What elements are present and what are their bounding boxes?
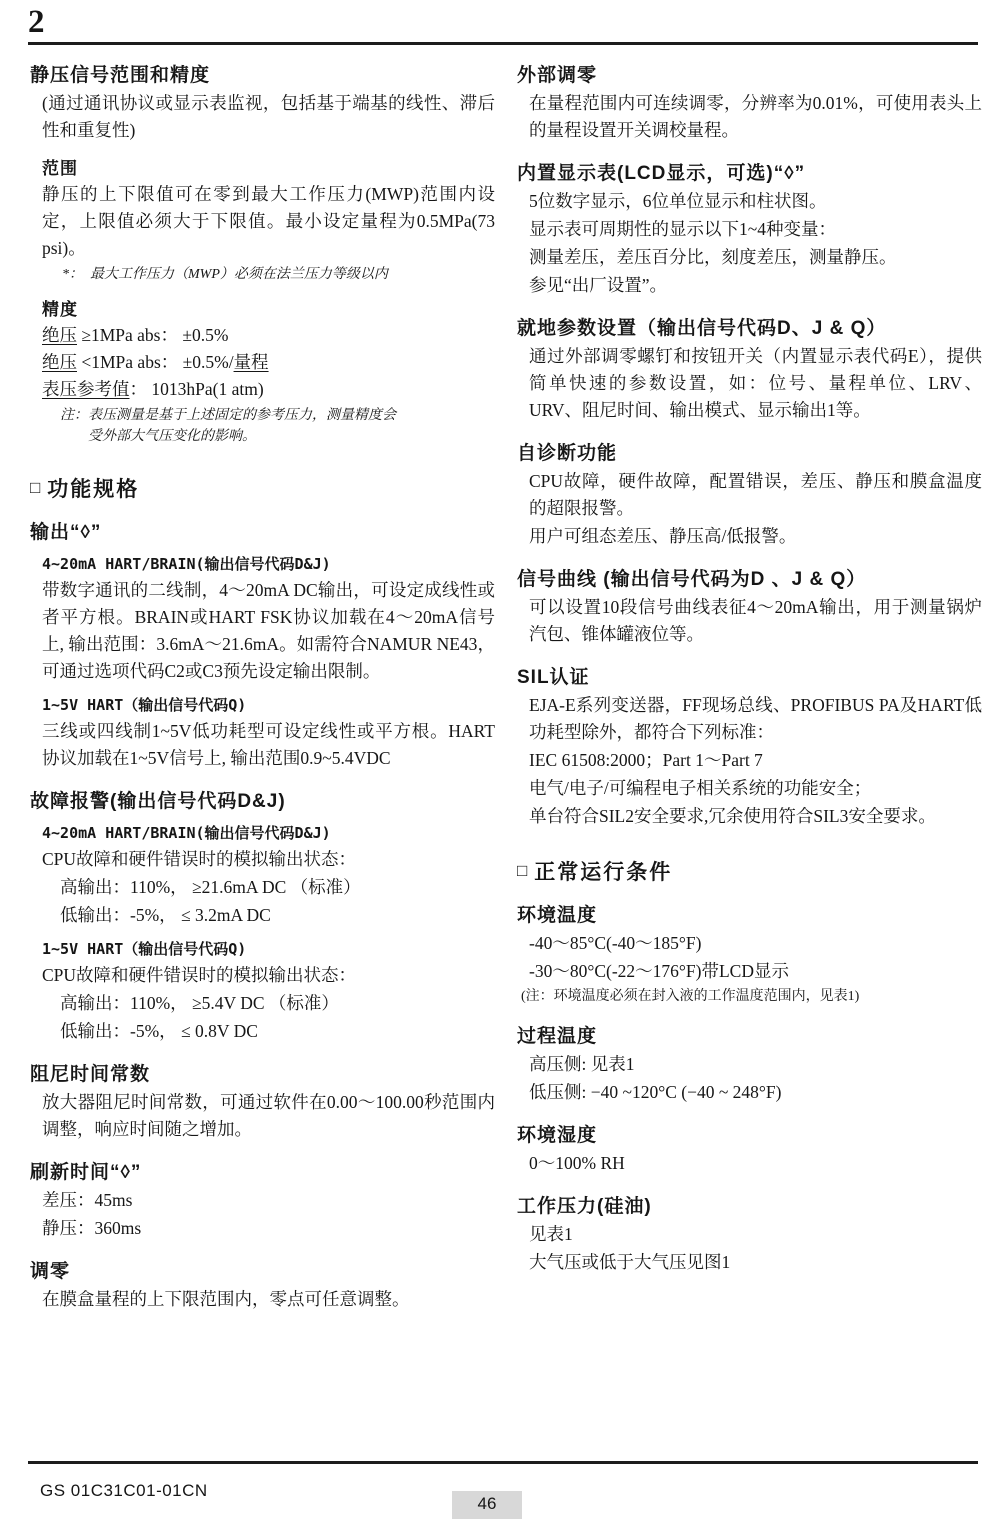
paragraph: 带数字通讯的二线制，4～20mA DC输出，可设定成线性或者平方根。BRAIN或…	[42, 577, 495, 685]
paragraph: 参见“出厂设置”。	[529, 272, 982, 299]
sub-heading: 范围	[42, 154, 495, 179]
column-left: 静压信号范围和精度(通过通讯协议或显示表监视，包括基于端基的线性、滞后性和重复性…	[30, 60, 495, 1314]
sub-heading: 1~5V HART（输出信号代码Q)	[42, 938, 495, 959]
sub-heading: 精度	[42, 295, 495, 320]
spec-line: 绝压 <1MPa abs： ±0.5%/量程	[42, 349, 495, 376]
paragraph: 静压：360ms	[42, 1215, 495, 1242]
paragraph: 放大器阻尼时间常数，可通过软件在0.00～100.00秒范围内调整，响应时间随之…	[42, 1089, 495, 1143]
paragraph: 静压的上下限值可在零到最大工作压力(MWP)范围内设定，上限值必须大于下限值。最…	[42, 181, 495, 262]
paragraph: 高压侧: 见表1	[529, 1051, 982, 1078]
heading: 环境温度	[517, 900, 982, 927]
heading: 外部调零	[517, 60, 982, 87]
note-line: 受外部大气压变化的影响。	[88, 426, 495, 447]
paragraph: 差压：45ms	[42, 1187, 495, 1214]
paragraph: 高输出：110%， ≥5.4V DC （标准）	[60, 990, 495, 1017]
paragraph: 三线或四线制1~5V低功耗型可设定线性或平方根。HART协议加载在1~5V信号上…	[42, 718, 495, 772]
checkbox-icon: □	[517, 861, 527, 881]
paragraph: 低压侧: −40 ~120°C (−40 ~ 248°F)	[529, 1079, 982, 1106]
heading: 阻尼时间常数	[30, 1059, 495, 1086]
section-heading: □功能规格	[30, 473, 495, 503]
underlined-term: 量程	[234, 352, 269, 372]
paragraph: 单台符合SIL2安全要求,冗余使用符合SIL3安全要求。	[529, 803, 982, 830]
paragraph: 高输出：110%， ≥21.6mA DC （标准）	[60, 874, 495, 901]
heading: 输出“◊”	[30, 517, 495, 544]
paragraph: 在膜盒量程的上下限范围内，零点可任意调整。	[42, 1286, 495, 1313]
footer-rule	[28, 1461, 978, 1464]
paragraph: -40～85°C(-40～185°F)	[529, 930, 982, 957]
underlined-term: 表压参考值	[42, 379, 130, 399]
document-number: GS 01C31C01-01CN	[40, 1481, 208, 1501]
heading: SIL认证	[517, 662, 982, 689]
paragraph: EJA-E系列变送器，FF现场总线、PROFIBUS PA及HART低功耗型除外…	[529, 692, 982, 746]
note: (注：环境温度必须在封入液的工作温度范围内，见表1)	[521, 986, 982, 1007]
page-content: 静压信号范围和精度(通过通讯协议或显示表监视，包括基于端基的线性、滞后性和重复性…	[30, 60, 982, 1314]
checkbox-icon: □	[30, 478, 40, 498]
column-right: 外部调零在量程范围内可连续调零，分辨率为0.01%，可使用表头上的量程设置开关调…	[517, 60, 982, 1314]
paragraph: 低输出：-5%， ≤ 0.8V DC	[60, 1018, 495, 1045]
sub-heading: 1~5V HART（输出信号代码Q)	[42, 694, 495, 715]
paragraph: CPU故障，硬件故障，配置错误，差压、静压和膜盒温度的超限报警。	[529, 468, 982, 522]
document-page: 2 静压信号范围和精度(通过通讯协议或显示表监视，包括基于端基的线性、滞后性和重…	[0, 0, 1000, 1536]
paragraph: 低输出：-5%， ≤ 3.2mA DC	[60, 902, 495, 929]
underlined-term: 绝压	[42, 325, 77, 345]
heading: 信号曲线 (输出信号代码为D 、J & Q）	[517, 564, 982, 591]
paragraph: IEC 61508:2000；Part 1～Part 7	[529, 747, 982, 774]
spec-line: 表压参考值： 1013hPa(1 atm)	[42, 376, 495, 403]
section-label: 正常运行条件	[534, 856, 672, 886]
note: 注：表压测量是基于上述固定的参考压力，测量精度会受外部大气压变化的影响。	[60, 405, 495, 447]
heading: 自诊断功能	[517, 438, 982, 465]
paragraph: 在量程范围内可连续调零，分辨率为0.01%，可使用表头上的量程设置开关调校量程。	[529, 90, 982, 144]
paragraph: -30～80°C(-22～176°F)带LCD显示	[529, 958, 982, 985]
sub-heading: 4~20mA HART/BRAIN(输出信号代码D&J)	[42, 822, 495, 843]
heading: 内置显示表(LCD显示，可选)“◊”	[517, 158, 982, 185]
spec-line: 绝压 ≥1MPa abs： ±0.5%	[42, 322, 495, 349]
paragraph: CPU故障和硬件错误时的模拟输出状态：	[42, 846, 495, 873]
page-header-number: 2	[28, 4, 45, 41]
paragraph: 5位数字显示，6位单位显示和柱状图。	[529, 188, 982, 215]
paragraph: 通过外部调零螺钉和按钮开关（内置显示表代码E），提供简单快速的参数设置，如：位号…	[529, 343, 982, 424]
paragraph: 大气压或低于大气压见图1	[529, 1249, 982, 1276]
paragraph: 见表1	[529, 1221, 982, 1248]
paragraph: 用户可组态差压、静压高/低报警。	[529, 523, 982, 550]
paragraph: 0～100% RH	[529, 1150, 982, 1177]
paragraph: 测量差压，差压百分比，刻度差压，测量静压。	[529, 244, 982, 271]
heading: 工作压力(硅油)	[517, 1191, 982, 1218]
section-label: 功能规格	[47, 473, 139, 503]
page-number-badge: 46	[452, 1491, 522, 1519]
underlined-term: 绝压	[42, 352, 77, 372]
text-run: <1MPa abs： ±0.5%/	[77, 352, 234, 372]
heading: 环境湿度	[517, 1120, 982, 1147]
paragraph: 显示表可周期性的显示以下1~4种变量：	[529, 216, 982, 243]
header-rule	[28, 42, 978, 45]
heading: 故障报警(输出信号代码D&J)	[30, 786, 495, 813]
paragraph: CPU故障和硬件错误时的模拟输出状态：	[42, 962, 495, 989]
note-line: 注：表压测量是基于上述固定的参考压力，测量精度会	[60, 405, 495, 426]
paragraph: (通过通讯协议或显示表监视，包括基于端基的线性、滞后性和重复性)	[42, 90, 495, 144]
heading: 就地参数设置（输出信号代码D、J & Q）	[517, 313, 982, 340]
heading: 调零	[30, 1256, 495, 1283]
paragraph: 电气/电子/可编程电子相关系统的功能安全；	[529, 775, 982, 802]
text-run: ≥1MPa abs： ±0.5%	[77, 325, 228, 345]
heading: 静压信号范围和精度	[30, 60, 495, 87]
heading: 过程温度	[517, 1021, 982, 1048]
section-heading: □正常运行条件	[517, 856, 982, 886]
heading: 刷新时间“◊”	[30, 1157, 495, 1184]
text-run: ： 1013hPa(1 atm)	[130, 379, 264, 399]
note: *： 最大工作压力（MWP）必须在法兰压力等级以内	[62, 264, 495, 285]
paragraph: 可以设置10段信号曲线表征4～20mA输出，用于测量锅炉汽包、锥体罐液位等。	[529, 594, 982, 648]
sub-heading: 4~20mA HART/BRAIN(输出信号代码D&J)	[42, 553, 495, 574]
